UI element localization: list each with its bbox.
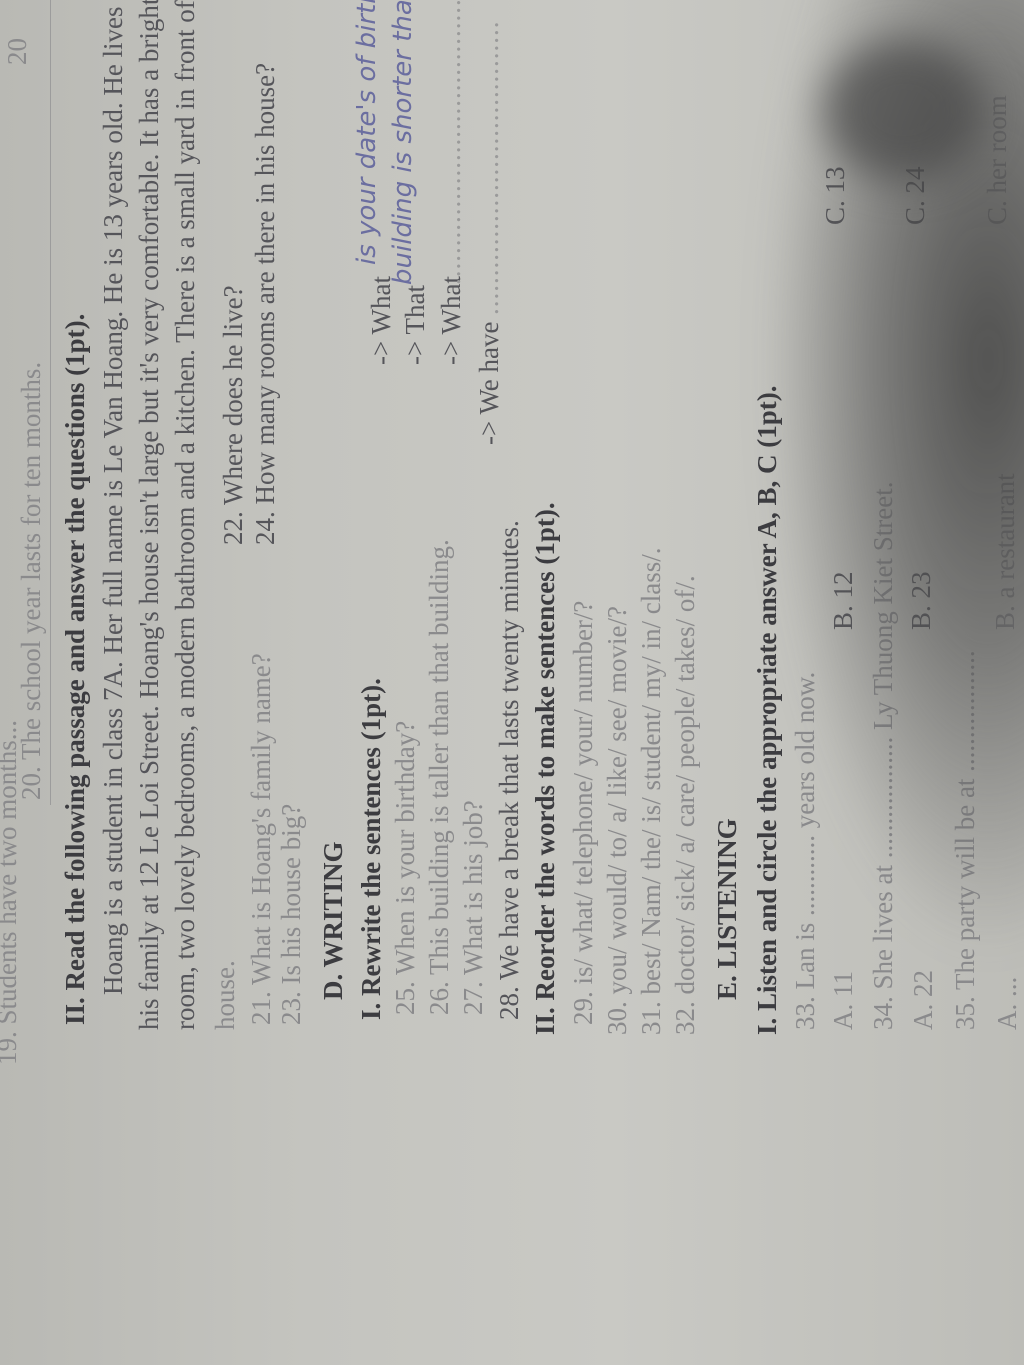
option-33-a[interactable]: A. 11 [828, 971, 859, 1030]
divider [50, 0, 51, 805]
question-28: 28. We have a break that lasts twenty mi… [494, 520, 525, 1020]
reorder-heading: II. Reorder the words to make sentences … [530, 502, 561, 1035]
question-34: 34. She lives at .................. Ly T… [868, 482, 899, 1030]
listening-section: E. LISTENING [712, 818, 743, 1000]
worksheet-page: 19. Students have two months... 20. The … [0, 0, 1024, 1365]
option-35-a[interactable]: A. ... [992, 977, 1023, 1030]
question-21: 21. What is Hoang's family name? [246, 653, 277, 1025]
question-32: 32. doctor/ sick/ a/ care/ people/ takes… [670, 575, 701, 1035]
option-33-c[interactable]: C. 13 [820, 166, 851, 225]
question-30: 30. you/ would/ to/ a/ like/ see/ movie/… [602, 606, 633, 1035]
question-26: 26. This building is taller than that bu… [424, 539, 455, 1015]
listening-heading: I. Listen and circle the appropriate ans… [752, 385, 783, 1035]
question-31: 31. best/ Nam/ the/ is/ student/ my/ in/… [636, 548, 667, 1035]
option-35-b[interactable]: B. a restaurant [990, 473, 1021, 630]
page-number: 20 [2, 38, 33, 65]
answer-26-field[interactable]: building is shorter than this building [388, 0, 418, 285]
answer-28-prefix: -> We have [474, 321, 505, 445]
passage-line: his family at 12 Le Loi Street. Hoang's … [134, 0, 165, 1030]
passage-line: Hoang is a student in class 7A. Her full… [98, 0, 129, 995]
question-27: 27. What is his job? [458, 800, 489, 1015]
passage-line: house. [210, 960, 241, 1030]
question-20: 20. The school year lasts for ten months… [16, 362, 47, 800]
question-23: 23. Is his house big? [276, 804, 307, 1025]
question-35: 35. The party will be at ...............… [950, 650, 981, 1030]
answer-28-field[interactable]: ...................................... [474, 21, 505, 316]
option-34-a[interactable]: A. 22 [908, 970, 939, 1030]
passage-line: room, two lovely bedrooms, a modern bath… [170, 0, 201, 1030]
answer-26-prefix: -> That [400, 285, 431, 365]
question-22: 22. Where does he live? [218, 285, 249, 545]
question-29: 29. is/ what/ telephone/ your/ number/? [568, 601, 599, 1025]
writing-section: D. WRITING [318, 841, 349, 1000]
option-34-b[interactable]: B. 23 [906, 571, 937, 630]
answer-27-prefix: -> What [436, 276, 467, 365]
reading-heading: II. Read the following passage and answe… [60, 314, 91, 1025]
answer-25-field[interactable]: is your date's of birth ? [352, 0, 382, 265]
question-24: 24. How many rooms are there in his hous… [250, 63, 281, 545]
option-35-c[interactable]: C. her room [982, 95, 1013, 225]
answer-27-field[interactable]: ...................................... [436, 0, 467, 285]
hand-shadow-top [824, 40, 984, 180]
question-25: 25. When is your birthday? [390, 721, 421, 1015]
rewrite-heading: I. Rewrite the sentences (1pt). [356, 678, 387, 1020]
answer-25-prefix: -> What [366, 276, 397, 365]
question-33: 33. Lan is ............ years old now. [790, 672, 821, 1030]
option-33-b[interactable]: B. 12 [828, 571, 859, 630]
